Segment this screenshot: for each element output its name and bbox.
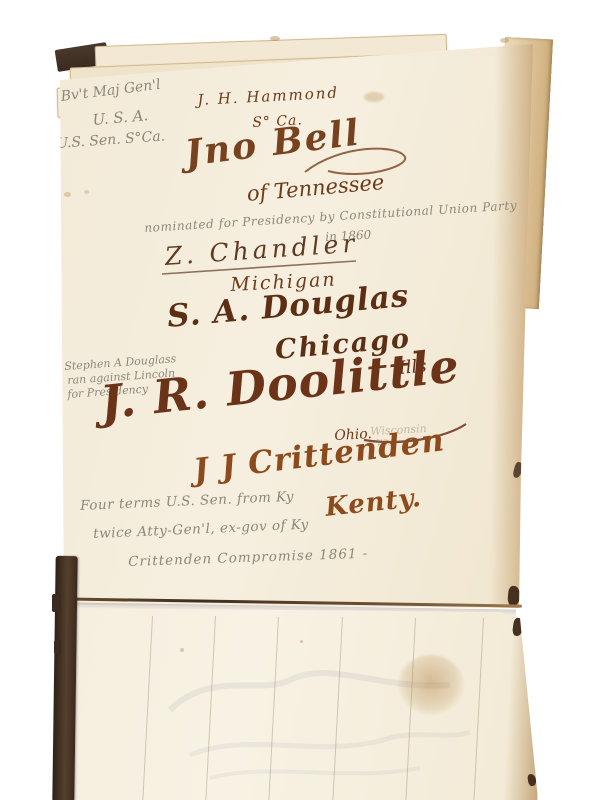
foxing-spot: [270, 36, 280, 41]
lower-page-stain: [398, 655, 464, 715]
foxing-spot: [500, 38, 509, 43]
foxing-spot: [64, 192, 71, 197]
foxing-spot: [180, 648, 184, 652]
foxing-spot: [364, 92, 384, 102]
binding-nub: [52, 594, 61, 612]
photo-of-autograph-album: Bv't Maj Gen'l U. S. A. U.S. Sen. S°Ca. …: [0, 0, 600, 800]
edge-damage-spot: [512, 617, 524, 636]
binding-nub: [54, 640, 61, 654]
book-binding-left: [52, 556, 77, 800]
foxing-spot: [300, 640, 303, 643]
foxing-spot: [84, 190, 89, 194]
lower-page-browned-edge: [503, 611, 547, 800]
